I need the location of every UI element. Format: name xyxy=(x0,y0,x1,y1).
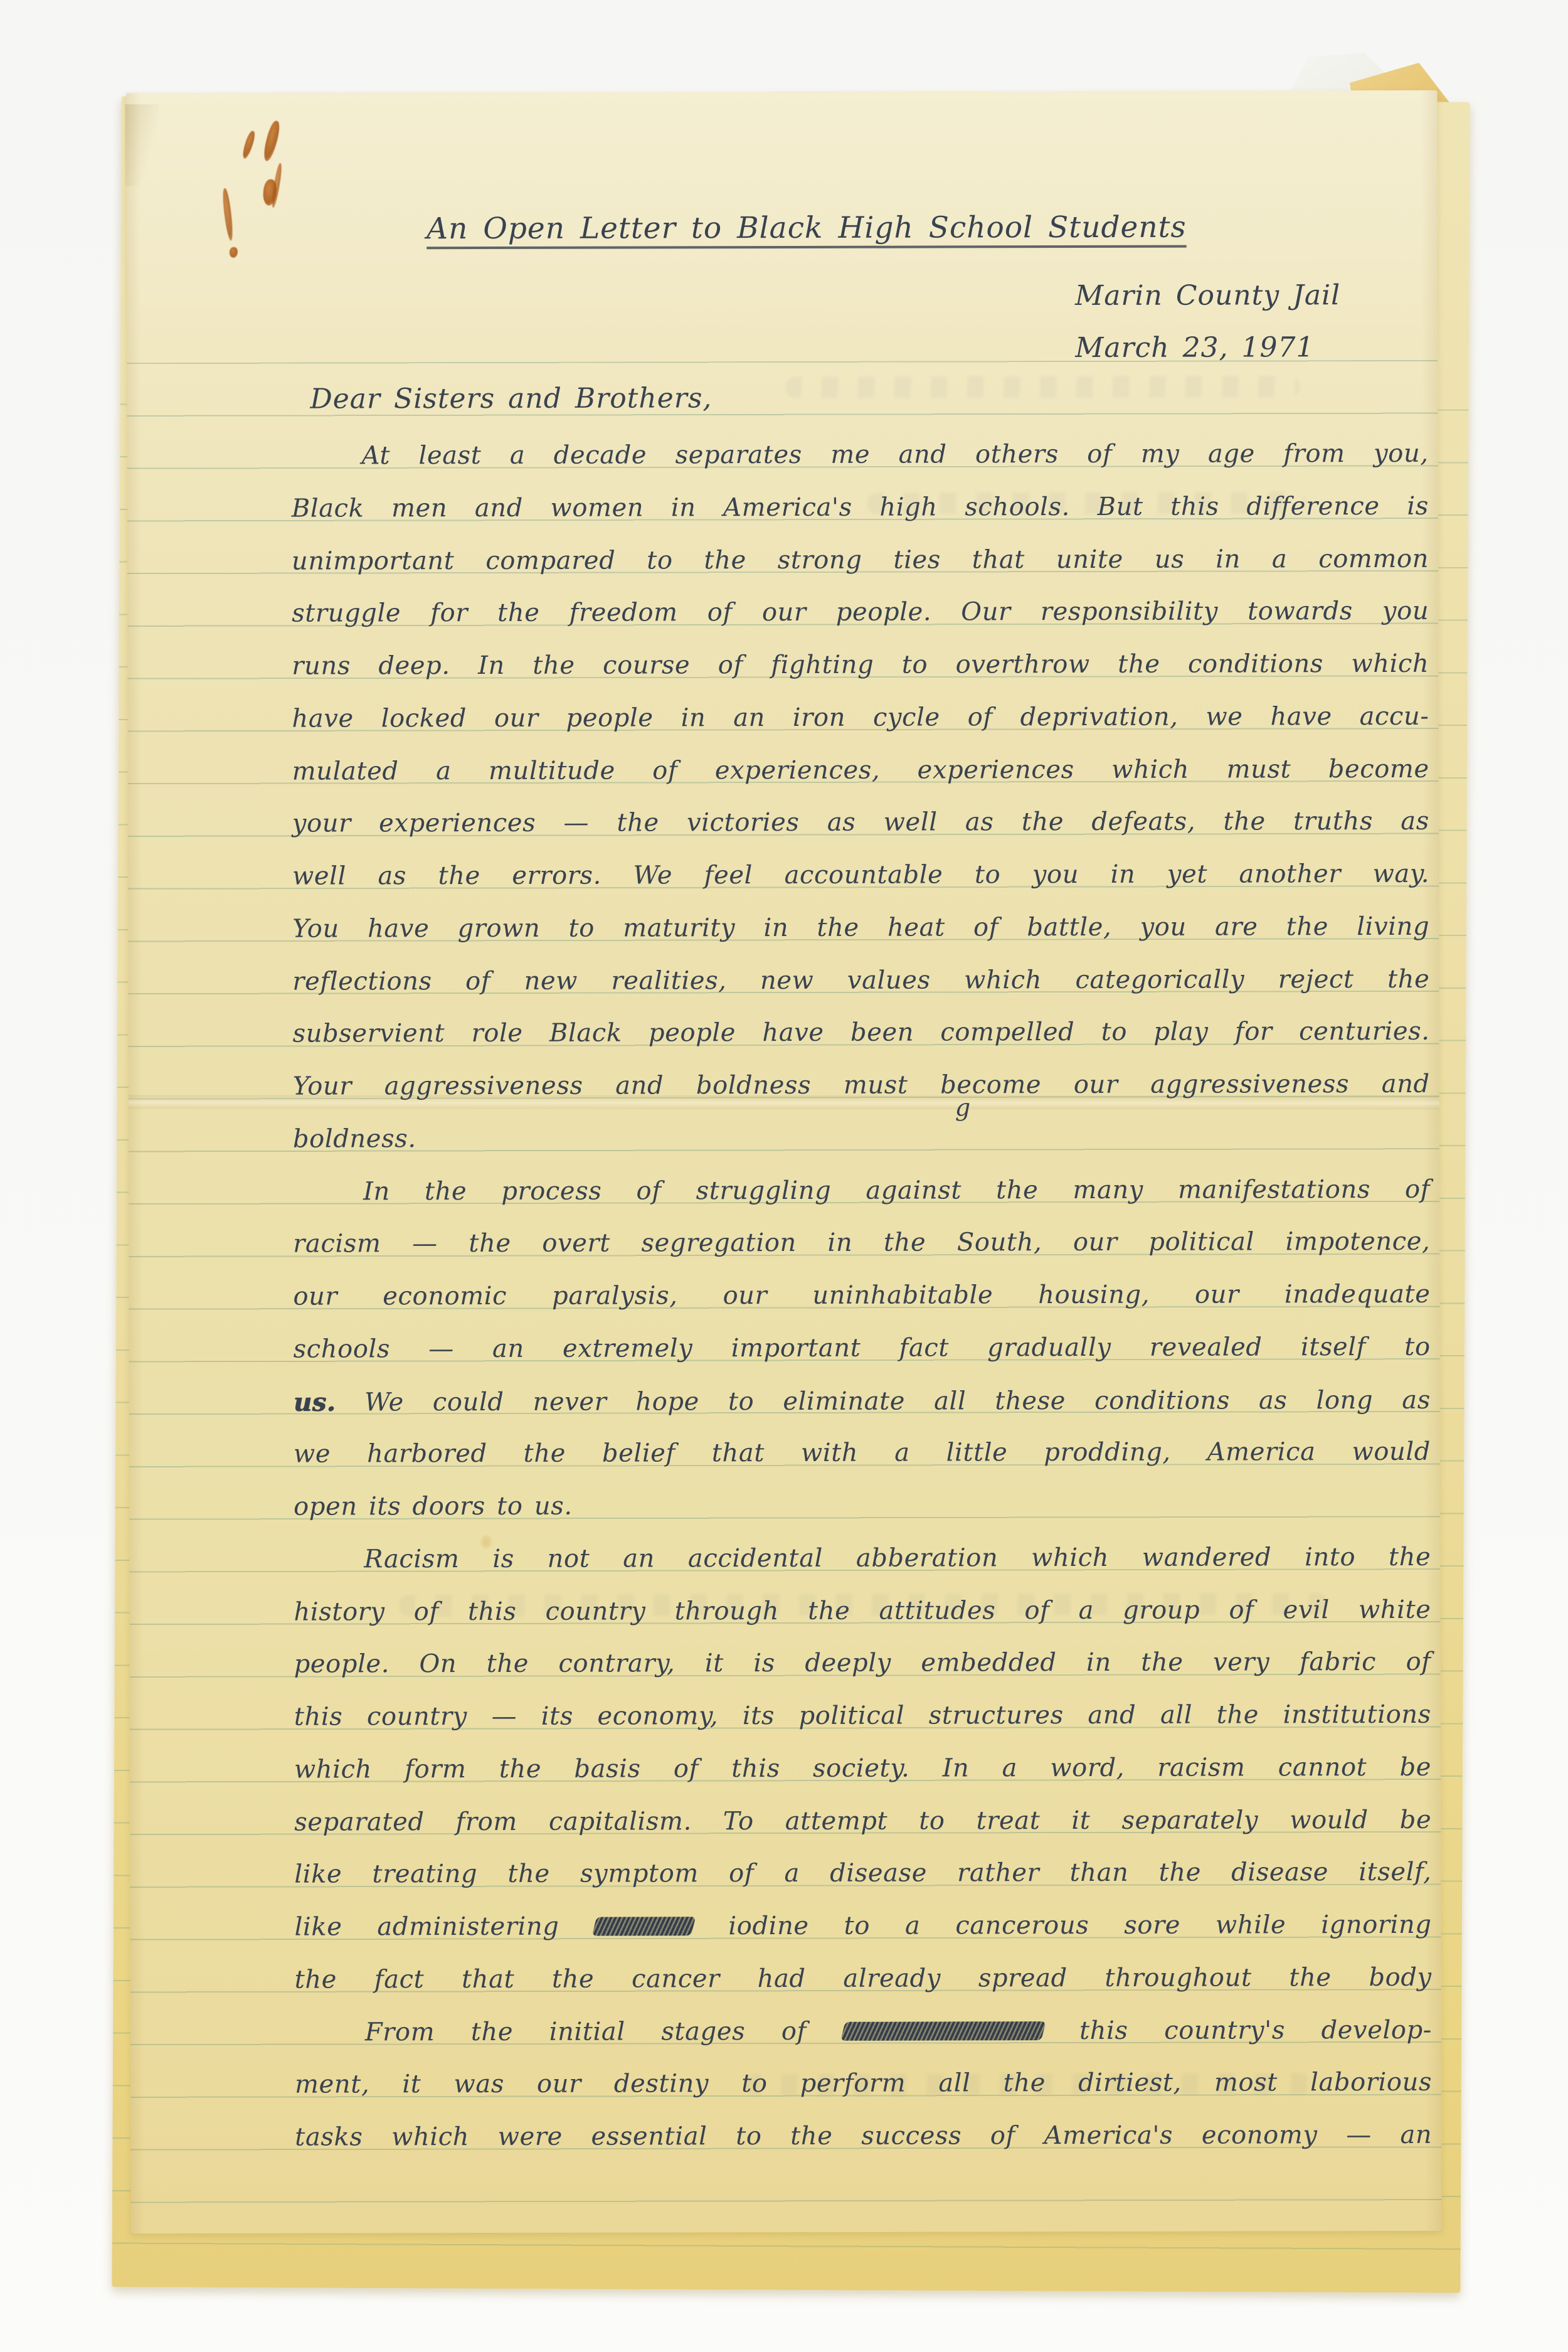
letter-line: mulated a multitude of experiences, expe… xyxy=(292,743,1429,798)
letter-text: separated from capitalism. To attempt to… xyxy=(294,1805,1431,1836)
letter-line: open its doors to us. xyxy=(294,1479,1431,1534)
letter-text: From the initial stages of xyxy=(365,2016,843,2046)
letter-text: Your aggressiveness and boldness must be… xyxy=(293,1070,1430,1101)
letter-text: which form the basis of this society. In… xyxy=(294,1753,1431,1784)
letter-line: In the process of struggling against the… xyxy=(293,1163,1430,1218)
letter-text: runs deep. In the course of fighting to … xyxy=(292,649,1429,681)
letter-text: your experiences — the victories as well… xyxy=(292,807,1429,838)
letter-text: this country — its economy, its politica… xyxy=(294,1700,1431,1732)
letter-line: struggle for the freedom of our people. … xyxy=(292,585,1429,641)
letter-salutation: Dear Sisters and Brothers, xyxy=(310,373,712,424)
letter-text: we harbored the belief that with a littl… xyxy=(294,1437,1431,1469)
letter-line: people. On the contrary, it is deeply em… xyxy=(294,1636,1431,1691)
letter-text: people. On the contrary, it is deeply em… xyxy=(294,1647,1431,1679)
letter-text: tasks which were essential to the succes… xyxy=(295,2121,1432,2152)
letter-title: An Open Letter to Black High School Stud… xyxy=(315,202,1298,254)
letter-line: runs deep. In the course of fighting to … xyxy=(292,638,1429,693)
letter-text: ment, it was our destiny to perform all … xyxy=(295,2068,1432,2099)
letter-text: have locked our people in an iron cycle … xyxy=(292,702,1429,733)
letter-text: reflections of new realities, new values… xyxy=(292,964,1429,996)
inserted-letter-correction: g xyxy=(955,1094,970,1121)
letter-line: At least a decade separates me and other… xyxy=(292,428,1429,483)
ink-bleedthrough xyxy=(785,376,1300,398)
letter-text: Racism is not an accidental abberation w… xyxy=(364,1543,1431,1574)
letter-text: like administering xyxy=(295,1912,595,1942)
letter-text: Black men and women in America's high sc… xyxy=(292,492,1429,523)
letter-line: have locked our people in an iron cycle … xyxy=(292,691,1429,746)
scribbled-out-word xyxy=(592,1917,696,1935)
letter-text: subservient role Black people have been … xyxy=(293,1017,1430,1048)
letter-line: which form the basis of this society. In… xyxy=(294,1742,1431,1797)
letter-line: Your aggressiveness and boldness must be… xyxy=(293,1058,1430,1114)
letter-line: ment, it was our destiny to perform all … xyxy=(295,2057,1432,2112)
letter-text: the fact that the cancer had already spr… xyxy=(295,1963,1432,1994)
letter-line: racism — the overt segregation in the So… xyxy=(293,1216,1430,1271)
letter-text: We could never hope to eliminate all the… xyxy=(336,1385,1431,1417)
letter-line: history of this country through the atti… xyxy=(294,1583,1431,1639)
letter-line: this country — its economy, its politica… xyxy=(294,1689,1431,1744)
rust-stain-drip xyxy=(221,188,235,241)
scribbled-out-word xyxy=(840,2021,1046,2041)
letter-text: well as the errors. We feel accountable … xyxy=(292,859,1429,891)
letter-line: reflections of new realities, new values… xyxy=(292,953,1429,1008)
letter-text: this country's develop- xyxy=(1043,2015,1432,2045)
letter-text: You have grown to maturity in the heat o… xyxy=(292,912,1429,944)
letter-line: your experiences — the victories as well… xyxy=(292,796,1429,851)
letter-text: unimportant compared to the strong ties … xyxy=(292,544,1429,575)
letter-text: open its doors to us. xyxy=(294,1492,573,1521)
rust-stain-dot xyxy=(230,247,238,258)
letter-line: the fact that the cancer had already spr… xyxy=(295,1952,1432,2007)
letter-title-text: An Open Letter to Black High School Stud… xyxy=(426,210,1187,247)
letter-line: subservient role Black people have been … xyxy=(292,1006,1429,1061)
letter-line: From the initial stages of this country'… xyxy=(295,2004,1432,2059)
letter-line: boldness. xyxy=(293,1111,1430,1166)
letter-text: iodine to a cancerous sore while ignorin… xyxy=(693,1910,1431,1940)
letter-page: An Open Letter to Black High School Stud… xyxy=(126,90,1441,2233)
letter-line: like administering iodine to a cancerous… xyxy=(294,1899,1431,1954)
letter-line: we harbored the belief that with a littl… xyxy=(294,1426,1431,1481)
letter-line: schools — an extremely important fact gr… xyxy=(294,1321,1431,1376)
letter-text: schools — an extremely important fact gr… xyxy=(294,1333,1431,1364)
letter-text: us. xyxy=(294,1387,336,1417)
letter-line: tasks which were essential to the succes… xyxy=(295,2109,1432,2164)
letter-text: struggle for the freedom of our people. … xyxy=(292,597,1429,628)
letter-text: boldness. xyxy=(293,1124,416,1153)
letter-line: Racism is not an accidental abberation w… xyxy=(294,1531,1431,1587)
letter-date: March 23, 1971 xyxy=(1075,321,1340,374)
letter-line: like treating the symptom of a disease r… xyxy=(294,1846,1431,1902)
letter-line: Black men and women in America's high sc… xyxy=(292,481,1429,536)
letter-line: our economic paralysis, our uninhabitabl… xyxy=(293,1269,1430,1324)
letter-body: At least a decade separates me and other… xyxy=(292,428,1433,2164)
letter-line: You have grown to maturity in the heat o… xyxy=(292,901,1429,956)
letter-line: us. We could never hope to eliminate all… xyxy=(294,1373,1431,1429)
letter-line: unimportant compared to the strong ties … xyxy=(292,533,1429,588)
letter-location: Marin County Jail xyxy=(1075,269,1340,322)
letter-text: mulated a multitude of experiences, expe… xyxy=(292,754,1429,785)
rust-stain xyxy=(262,120,282,162)
letter-text: our economic paralysis, our uninhabitabl… xyxy=(293,1280,1430,1311)
letter-text: like treating the symptom of a disease r… xyxy=(294,1858,1431,1889)
letter-text: racism — the overt segregation in the So… xyxy=(293,1227,1430,1258)
letter-text: In the process of struggling against the… xyxy=(363,1174,1430,1206)
rust-stain xyxy=(241,130,257,160)
letter-dateline: Marin County Jail March 23, 1971 xyxy=(1075,269,1340,374)
letter-text: history of this country through the atti… xyxy=(294,1595,1431,1626)
letter-text: At least a decade separates me and other… xyxy=(362,439,1429,471)
letter-line: separated from capitalism. To attempt to… xyxy=(294,1794,1431,1849)
letter-line: well as the errors. We feel accountable … xyxy=(292,848,1429,903)
corner-bend-shadow xyxy=(125,104,159,186)
letter-scan: An Open Letter to Black High School Stud… xyxy=(0,0,1568,2352)
